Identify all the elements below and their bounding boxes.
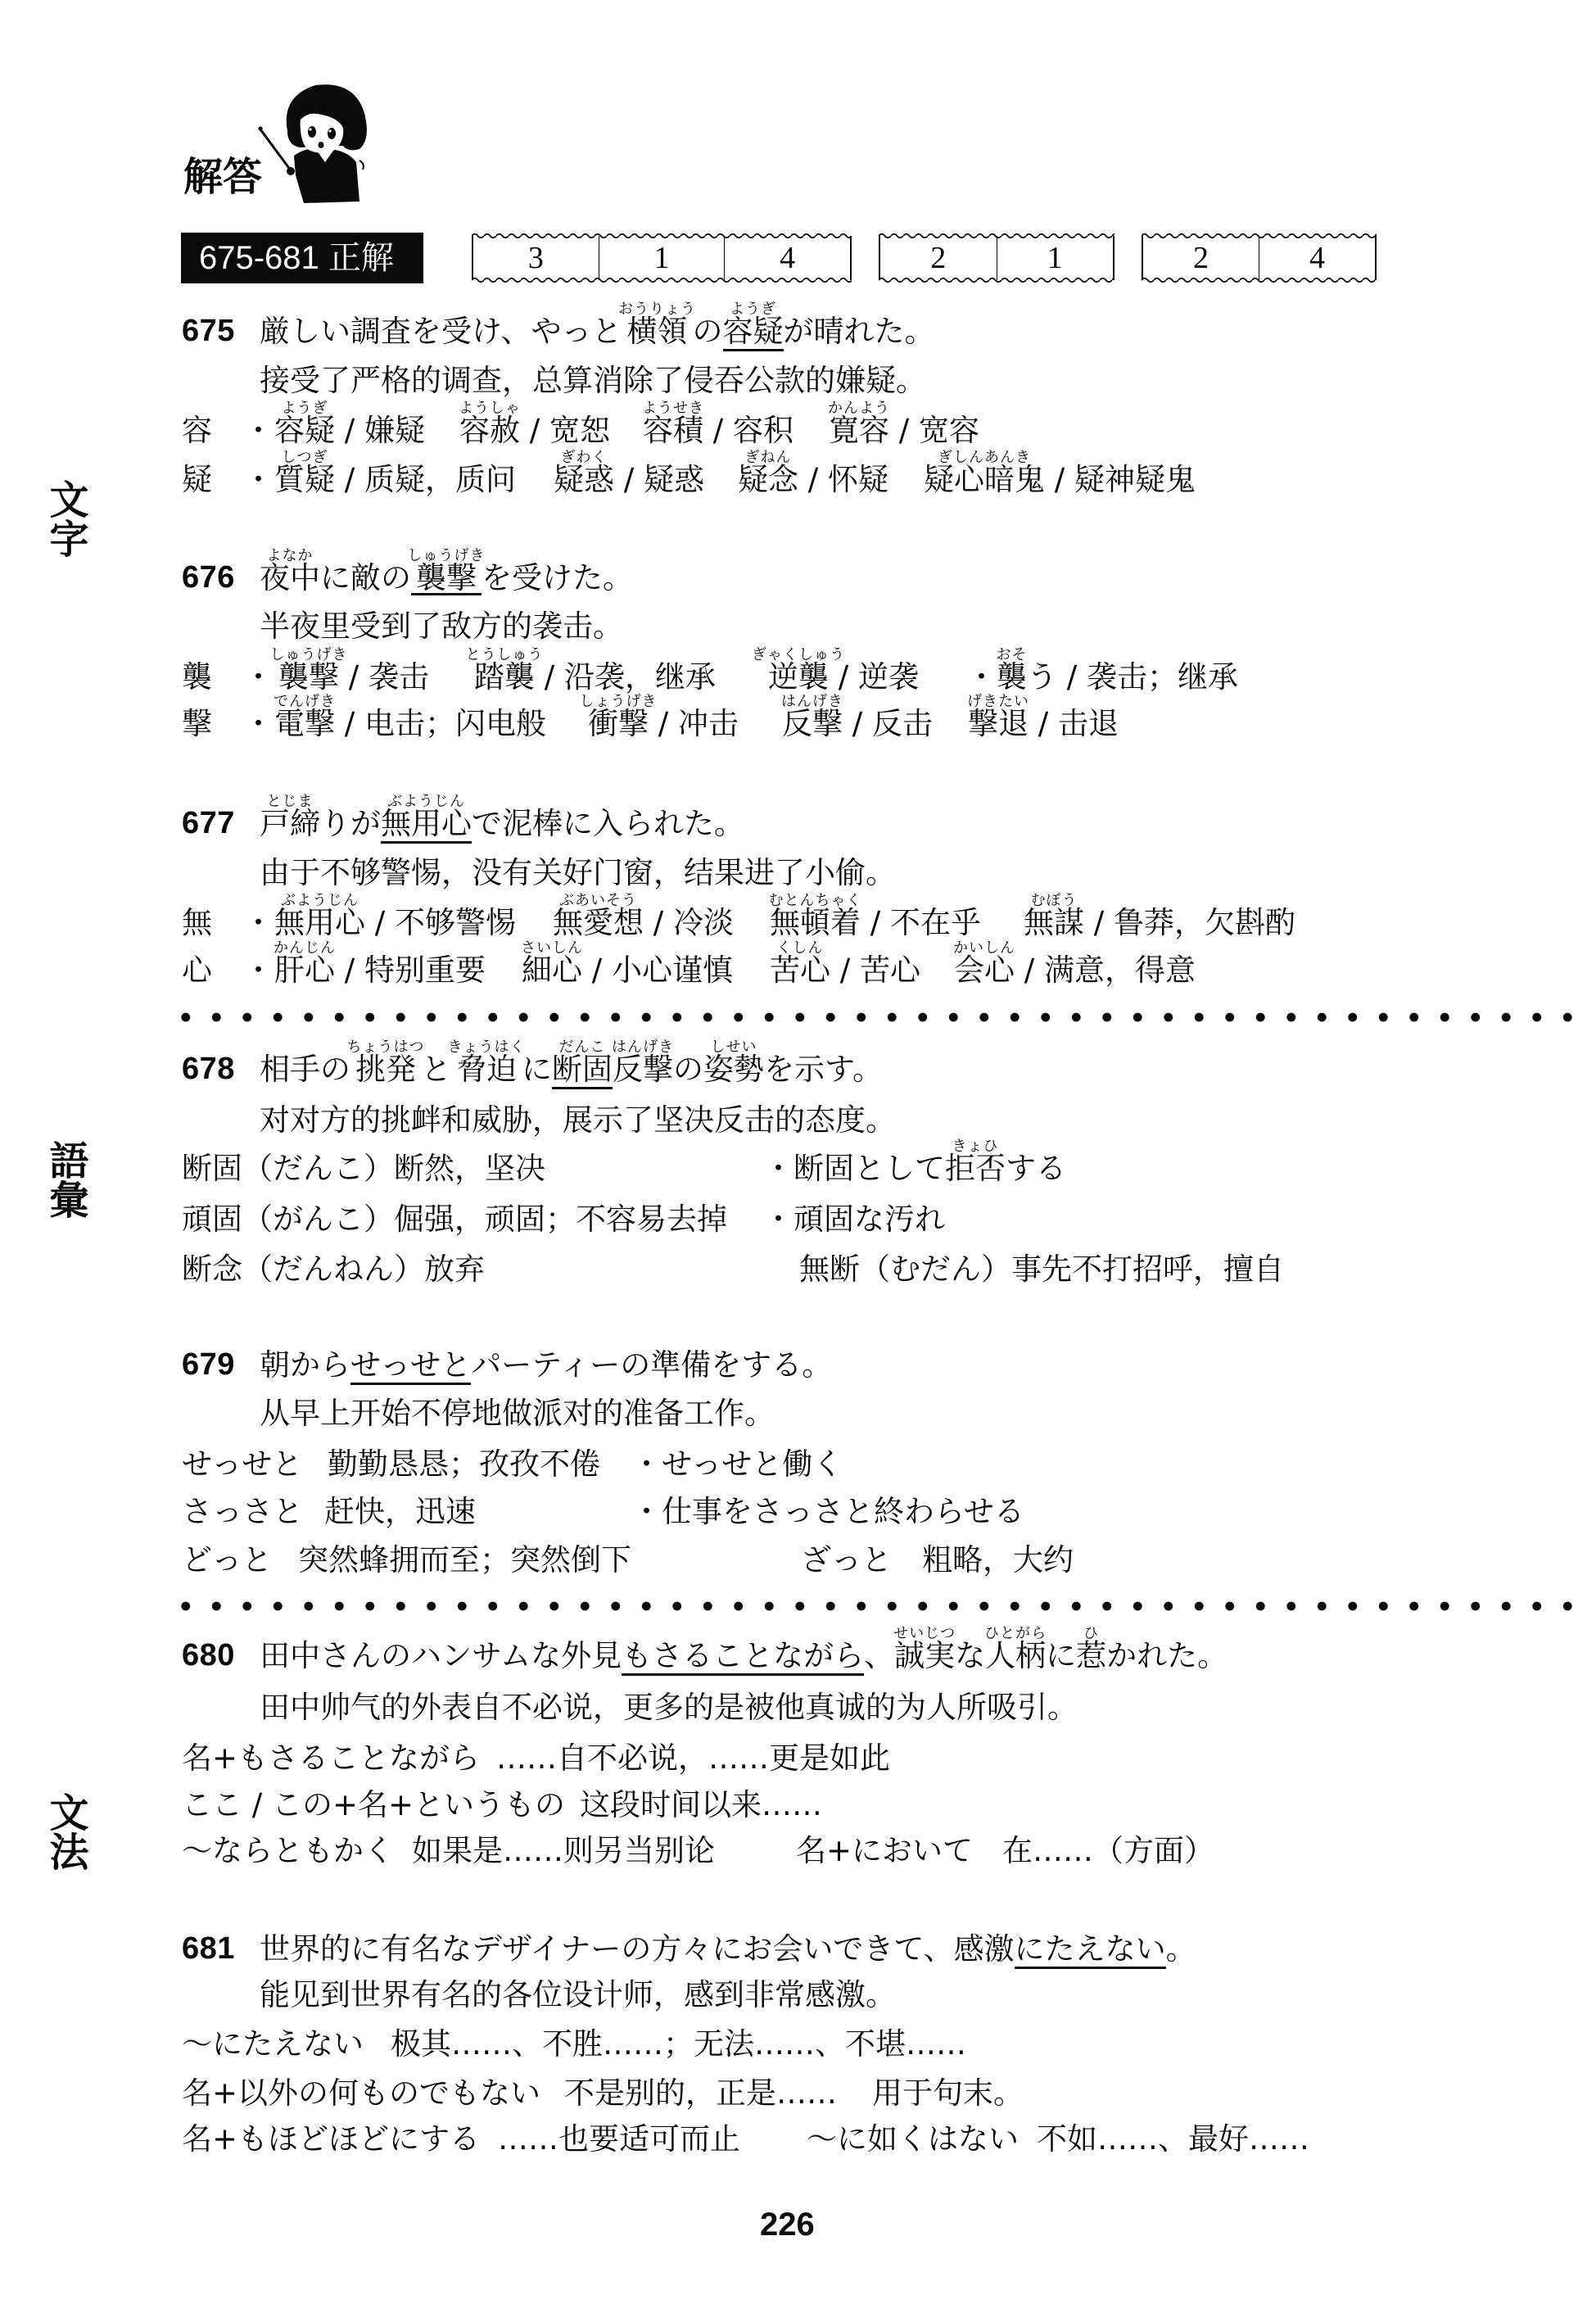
wavy-border-bottom <box>879 276 1114 284</box>
translation: 接受了严格的调查，总算消除了侵吞公款的嫌疑。 <box>260 365 926 396</box>
ruby-base: 疑惑 <box>554 462 614 497</box>
ruby-word: 脅迫きょうはく <box>451 1054 522 1084</box>
vocab-item: 肝心かんじん / 特别重要 <box>274 955 486 985</box>
ruby-word: 無用心ぶようじん <box>274 908 365 938</box>
gloss: / 沿袭，继承 <box>535 659 716 695</box>
ruby-base: 誠実 <box>894 1638 955 1673</box>
sentence-text: と <box>421 1052 451 1087</box>
gloss: / 满意，得意 <box>1015 953 1196 988</box>
grammar-meaning: ……也要适可而止 <box>498 2124 740 2154</box>
vocab-meaning: 事先不打招呼，擅自 <box>1011 1252 1284 1287</box>
example-text: せっせと働く <box>662 1446 843 1482</box>
sentence-text: 世界的に有名なデザイナーの方々にお会いできて、感激 <box>260 1931 1015 1967</box>
vocab-term: 無断（むだん） <box>799 1252 1011 1287</box>
translation: 半夜里受到了敌方的袭击。 <box>260 611 623 641</box>
bullet: ・ <box>243 662 274 692</box>
grammar-meaning: 如果是……则另当别论 <box>412 1835 715 1866</box>
ruby-word: 苦心くしん <box>770 955 830 985</box>
kanji-row: 無 ・ 無用心ぶようじん / 不够警惕 無愛想ぶあいそう / 冷淡 無頓着むとん… <box>0 908 1596 938</box>
vocab-item: 反撃はんげき / 反击 <box>782 708 933 739</box>
ruby-word: 疑念ぎねん <box>738 464 798 495</box>
grammar-row: ここ / この+名+というもの 这段时间以来…… <box>0 1790 1596 1820</box>
answer-page: 解答 675-681 正解 3 1 4 2 1 <box>0 0 1596 2322</box>
grammar-pattern: 名+において <box>796 1835 973 1866</box>
ruby-base: 無用心 <box>274 905 365 940</box>
vocab-item: 寛容かんよう / 宽容 <box>829 415 979 446</box>
grammar-pattern: 名+以外の何ものでもない <box>182 2078 540 2108</box>
ruby-word: 夜中よなか <box>260 563 320 593</box>
ruby-base: 戸締 <box>260 806 320 841</box>
question-number: 679 <box>182 1350 235 1380</box>
vocab-item: 無謀むぼう / 鲁莽，欠斟酌 <box>1024 908 1295 938</box>
furigana: はんげき <box>781 695 843 709</box>
furigana: むとんちゃく <box>769 894 862 908</box>
vocab-term: 断念（だんねん） <box>182 1252 424 1287</box>
grammar-row: 名+もさることながら ……自不必说，……更是如此 <box>0 1743 1596 1773</box>
vocab-item: 逆襲ぎゃくしゅう / 逆袭 <box>768 662 919 692</box>
ruby-base: 姿勢 <box>703 1052 764 1087</box>
kanji-label: 撃 <box>182 708 212 739</box>
answer-group-3: 2 4 <box>1142 232 1377 284</box>
ruby-base: 撃退 <box>968 706 1029 741</box>
vocab-term: どっと <box>182 1545 272 1575</box>
ruby-base: 無謀 <box>1024 905 1084 940</box>
furigana: だんこ <box>559 1040 606 1055</box>
gloss: / 小心谨慎 <box>582 953 733 988</box>
ruby-base: 断固 <box>552 1052 613 1087</box>
ruby-base: 人柄 <box>985 1638 1046 1673</box>
vocab-row: さっさと 赶快，迅速 ・仕事をさっさと終わらせる <box>0 1496 1596 1527</box>
furigana: ぶようじん <box>387 794 465 809</box>
sentence-text: パーティーの準備をする。 <box>471 1347 832 1383</box>
answer-cell: 2 <box>880 236 997 280</box>
target-word-underlined: にたえない <box>1015 1934 1166 1969</box>
vocab-row: 断固（だんこ）断然，坚决 ・断固として拒否きょひする <box>0 1153 1596 1184</box>
ruby-word: 挑発ちょうはつ <box>350 1054 421 1084</box>
gloss: / 质疑，质问 <box>335 462 516 497</box>
translation: 对对方的挑衅和威胁，展示了坚决反击的态度。 <box>260 1105 896 1135</box>
ruby-base: 反撃 <box>613 1052 673 1087</box>
answer-cell: 1 <box>599 236 725 280</box>
furigana: ようしゃ <box>459 401 521 416</box>
kanji-label: 襲 <box>182 662 212 692</box>
vocab-item: 質疑しつぎ / 质疑，质问 <box>274 464 516 495</box>
answer-group-2: 2 1 <box>879 232 1114 284</box>
question-number: 677 <box>182 808 235 839</box>
vocab-item: 疑念ぎねん / 怀疑 <box>738 464 888 495</box>
answer-cell: 4 <box>1259 236 1375 280</box>
page-number: 226 <box>760 2207 815 2243</box>
ruby-word: 拒否きょひ <box>945 1153 1006 1184</box>
ruby-word: 襲おそ <box>997 662 1027 692</box>
furigana: しつぎ <box>282 450 328 465</box>
ruby-word: 襲撃しゅうげき <box>278 662 339 692</box>
bullet: ・ <box>243 708 274 739</box>
bullet: ・ <box>631 1446 662 1482</box>
furigana: ひ <box>1083 1627 1099 1641</box>
furigana: ひとがら <box>984 1627 1047 1641</box>
dotted-separator <box>170 1012 1583 1022</box>
vocab-meaning: 勤勤恳恳；孜孜不倦 <box>328 1449 600 1479</box>
vocab-meaning: 赶快，迅速 <box>324 1496 476 1527</box>
ruby-word: 惹ひ <box>1076 1641 1106 1671</box>
ruby-base: 容疑 <box>723 314 784 349</box>
bullet: ・ <box>631 1494 662 1529</box>
ruby-word: 細心さいしん <box>522 955 582 985</box>
question-number: 680 <box>182 1641 235 1671</box>
vocab-item: 衝撃しょうげき / 冲击 <box>588 708 739 739</box>
grammar-meaning: 这段时间以来…… <box>580 1790 822 1820</box>
vocab-entry: 断念（だんねん）放弃 <box>182 1254 485 1284</box>
vocab-item: 会心かいしん / 满意，得意 <box>954 955 1196 985</box>
bullet: ・ <box>763 1202 793 1237</box>
kanji-row: 心 ・ 肝心かんじん / 特别重要 細心さいしん / 小心谨慎 苦心くしん / … <box>0 955 1596 985</box>
ruby-word: 疑惑ぎわく <box>554 464 614 495</box>
gloss: / 不够警惕 <box>365 905 516 940</box>
example-text: する <box>1006 1151 1066 1186</box>
gloss: / 疑惑 <box>614 462 704 497</box>
furigana: むぼう <box>1031 894 1078 908</box>
answer-cell: 2 <box>1143 236 1259 280</box>
ruby-base: 苦心 <box>770 953 830 988</box>
answer-cell: 1 <box>997 236 1114 280</box>
furigana: よなか <box>267 549 314 564</box>
furigana: とうしゅう <box>466 648 544 663</box>
vocab-item: 細心さいしん / 小心谨慎 <box>522 955 733 985</box>
question-number: 676 <box>182 563 235 593</box>
sentence-text: に <box>1046 1638 1076 1673</box>
ruby-word: 誠実せいじつ <box>894 1641 955 1671</box>
vocab-term: 断固（だんこ） <box>182 1151 394 1186</box>
ruby-base: 襲撃 <box>278 659 339 695</box>
gloss: / 冲击 <box>649 706 739 741</box>
wavy-border-bottom <box>472 276 852 284</box>
ruby-base: 踏襲 <box>474 659 535 695</box>
sentence-text: 厳しい調査を受け、やっと <box>260 314 622 349</box>
grammar-note: 用于句末。 <box>872 2078 1024 2108</box>
vocab-item: 襲撃しゅうげき / 袭击 <box>278 662 429 692</box>
vocab-item: 無頓着むとんちゃく / 不在乎 <box>770 908 981 938</box>
grammar-pattern: ～ならともかく <box>182 1835 394 1866</box>
translation: 由于不够警惕，没有关好门窗，结果进了小偷。 <box>260 858 896 888</box>
grammar-pattern: 名+もさることながら <box>182 1743 480 1773</box>
question-number: 678 <box>182 1054 235 1084</box>
furigana: ぎねん <box>745 450 792 465</box>
ruby-base: 夜中 <box>260 560 320 595</box>
usage-example: ・仕事をさっさと終わらせる <box>631 1496 1024 1527</box>
sentence-text: を受けた。 <box>482 560 633 595</box>
furigana: ようせき <box>642 401 704 416</box>
ruby-word: 姿勢しせい <box>703 1054 764 1084</box>
gloss: う / 袭击；继承 <box>1027 659 1238 695</box>
furigana: きょうはく <box>448 1040 526 1055</box>
furigana: ぶあいそう <box>559 894 637 908</box>
sentence-text: に敵の <box>320 560 411 595</box>
furigana: ぎしんあんき <box>938 450 1031 465</box>
furigana: ぎわく <box>561 450 608 465</box>
furigana: さいしん <box>521 941 583 956</box>
gloss: / 疑神疑鬼 <box>1045 462 1196 497</box>
gloss: / 宽恕 <box>520 413 610 448</box>
gloss: / 电击；闪电般 <box>335 706 546 741</box>
grammar-pattern: 名+もほどほどにする <box>182 2124 480 2154</box>
ruby-word: 逆襲ぎゃくしゅう <box>768 662 829 692</box>
example-sentence: 田中さんのハンサムな外見もさることながら、誠実せいじつな人柄ひとがらに惹ひかれた… <box>260 1641 1228 1676</box>
ruby-base: 襲 <box>997 659 1027 695</box>
furigana: げきたい <box>967 695 1029 709</box>
gloss: / 冷淡 <box>644 905 734 940</box>
target-word-underlined: もさることながら <box>622 1641 864 1676</box>
vocab-meaning: 倔强，顽固；不容易去掉 <box>394 1202 727 1237</box>
ruby-word: 反撃はんげき <box>613 1054 673 1084</box>
ruby-base: 反撃 <box>782 706 843 741</box>
ruby-base: 拒否 <box>945 1151 1006 1186</box>
answer-cell: 4 <box>724 236 850 280</box>
vocab-row: 断念（だんねん）放弃 無断（むだん）事先不打招呼，擅自 <box>0 1254 1596 1284</box>
ruby-word: 容赦ようしゃ <box>459 415 520 446</box>
vocab-term: ざっと <box>801 1545 892 1575</box>
bullet: ・ <box>243 464 274 495</box>
vocab-item: 容積ようせき / 容积 <box>643 415 793 446</box>
furigana: ぎゃくしゅう <box>752 648 845 663</box>
grammar-row: ～ならともかく 如果是……则另当别论 名+において 在……（方面） <box>0 1835 1596 1866</box>
ruby-base: 惹 <box>1076 1638 1106 1673</box>
gloss: / 反击 <box>843 706 933 741</box>
vocab-item: 踏襲とうしゅう / 沿袭，继承 <box>474 662 716 692</box>
vocab-entry: 頑固（がんこ）倔强，顽固；不容易去掉 <box>182 1204 727 1234</box>
furigana: おうりょう <box>618 302 696 317</box>
sentence-text: の <box>673 1052 703 1087</box>
wavy-border-bottom <box>1142 276 1377 284</box>
vocab-item: 容疑ようぎ / 嫌疑 <box>274 415 425 446</box>
sentence-text: かれた。 <box>1106 1638 1228 1673</box>
example-sentence: 夜中よなかに敵の襲撃しゅうげきを受けた。 <box>260 563 633 595</box>
sentence-text: 。 <box>1166 1931 1196 1967</box>
ruby-word: 戸締とじま <box>260 808 320 839</box>
gloss: / 怀疑 <box>798 462 888 497</box>
sentence-text: 田中さんのハンサムな外見 <box>260 1638 622 1673</box>
example-sentence: 厳しい調査を受け、やっと横領おうりょうの容疑ようぎが晴れた。 <box>260 316 935 351</box>
furigana: ぶようじん <box>281 894 359 908</box>
section-title: 解答 <box>183 154 262 200</box>
furigana: ちょうはつ <box>347 1040 425 1055</box>
example-sentence: 朝からせっせとパーティーの準備をする。 <box>260 1350 832 1385</box>
ruby-base: 容赦 <box>459 413 520 448</box>
sentence-text: りが <box>320 806 381 841</box>
ruby-word: 無謀むぼう <box>1024 908 1084 938</box>
vocab-row: どっと 突然蜂拥而至；突然倒下 ざっと 粗略，大约 <box>0 1545 1596 1575</box>
furigana: はんげき <box>612 1040 674 1055</box>
furigana: くしん <box>777 941 824 956</box>
example-sentence: 戸締とじまりが無用心ぶようじんで泥棒に入られた。 <box>260 808 744 844</box>
ruby-word: 質疑しつぎ <box>274 464 335 495</box>
furigana: かいしん <box>953 941 1015 956</box>
sentence-text: 、 <box>864 1638 894 1673</box>
ruby-base: 無用心 <box>381 806 472 841</box>
teacher-girl-illustration <box>258 80 373 205</box>
ruby-base: 容積 <box>643 413 703 448</box>
example-text: 断固として <box>793 1151 945 1186</box>
ruby-word: 横領おうりょう <box>622 316 693 346</box>
gloss: / 苦心 <box>830 953 920 988</box>
translation: 田中帅气的外表自不必说，更多的是被他真诚的为人所吸引。 <box>260 1692 1078 1722</box>
target-word-underlined: 容疑ようぎ <box>723 316 784 351</box>
vocab-item: 無愛想ぶあいそう / 冷淡 <box>553 908 734 938</box>
furigana: とじま <box>267 794 314 809</box>
ruby-base: 容疑 <box>274 413 335 448</box>
ruby-word: 電撃でんげき <box>274 708 335 739</box>
vocab-meaning: 放弃 <box>424 1252 485 1287</box>
gloss: / 不在乎 <box>861 905 981 940</box>
grammar-row: 名+もほどほどにする ……也要适可而止 ～に如くはない 不如……、最好…… <box>0 2124 1596 2154</box>
furigana: きょひ <box>952 1139 999 1154</box>
grammar-meaning: 在……（方面） <box>1002 1835 1214 1866</box>
sentence-text: で泥棒に入られた。 <box>472 806 744 841</box>
grammar-pattern: ここ / この+名+というもの <box>182 1790 565 1820</box>
ruby-base: 電撃 <box>274 706 335 741</box>
target-word-underlined: 襲撃しゅうげき <box>411 563 482 595</box>
kanji-row: 容 ・ 容疑ようぎ / 嫌疑 容赦ようしゃ / 宽恕 容積ようせき / 容积 寛… <box>0 415 1596 446</box>
furigana: ようぎ <box>730 302 776 317</box>
gloss: / 击退 <box>1029 706 1119 741</box>
furigana: しょうげき <box>580 695 658 709</box>
usage-example: ・せっせと働く <box>631 1449 843 1479</box>
vocab-item: 電撃でんげき / 电击；闪电般 <box>274 708 546 739</box>
grammar-meaning: ……自不必说，……更是如此 <box>496 1743 890 1773</box>
ruby-word: 無頓着むとんちゃく <box>770 908 861 938</box>
answer-cell: 3 <box>473 236 599 280</box>
vocab-entry: 断固（だんこ）断然，坚决 <box>182 1153 545 1184</box>
furigana: かんよう <box>828 401 890 416</box>
bullet: ・ <box>243 908 274 938</box>
vocab-term: 頑固（がんこ） <box>182 1202 394 1237</box>
ruby-word: 踏襲とうしゅう <box>474 662 535 692</box>
sentence-text: の <box>693 314 723 349</box>
grammar-meaning: 不如……、最好…… <box>1037 2124 1309 2154</box>
gloss: / 袭击 <box>339 659 429 695</box>
furigana: ようぎ <box>282 401 328 416</box>
translation: 能见到世界有名的各位设计师，感到非常感激。 <box>260 1980 896 2010</box>
ruby-word: 反撃はんげき <box>782 708 843 739</box>
translation: 从早上开始不停地做派对的准备工作。 <box>260 1398 775 1428</box>
sentence-text: を示す。 <box>764 1052 883 1087</box>
ruby-base: 疑心暗鬼 <box>924 462 1045 497</box>
ruby-base: 衝撃 <box>588 706 649 741</box>
ruby-base: 挑発 <box>355 1052 416 1087</box>
ruby-word: 容疑ようぎ <box>274 415 335 446</box>
kanji-label: 無 <box>182 908 212 938</box>
example-sentence: 世界的に有名なデザイナーの方々にお会いできて、感激にたえない。 <box>260 1934 1196 1969</box>
furigana: しゅうげき <box>408 549 486 564</box>
furigana: でんげき <box>274 695 336 709</box>
answer-range-label: 675-681 正解 <box>181 233 423 283</box>
bullet: ・ <box>763 1151 793 1186</box>
grammar-pattern: ～に如くはない <box>807 2124 1019 2154</box>
ruby-word: 寛容かんよう <box>829 415 889 446</box>
ruby-base: 無愛想 <box>553 905 644 940</box>
bullet: ・ <box>243 415 274 446</box>
furigana: かんじん <box>274 941 336 956</box>
sentence-text: 相手の <box>260 1052 350 1087</box>
usage-example: ・頑固な汚れ <box>763 1204 945 1234</box>
ruby-word: 疑心暗鬼ぎしんあんき <box>924 464 1045 495</box>
sentence-text: が晴れた。 <box>784 314 935 349</box>
ruby-word: 撃退げきたい <box>968 708 1029 739</box>
kanji-label: 疑 <box>182 464 212 495</box>
ruby-base: 質疑 <box>274 462 335 497</box>
kanji-label: 容 <box>182 415 212 446</box>
kanji-label: 心 <box>182 955 212 985</box>
gloss: / 容积 <box>703 413 793 448</box>
kanji-row: 襲 ・ 襲撃しゅうげき / 袭击 踏襲とうしゅう / 沿袭，继承 逆襲ぎゃくしゅ… <box>0 662 1596 692</box>
vocab-term: さっさと <box>182 1496 303 1527</box>
example-text: 仕事をさっさと終わらせる <box>662 1494 1024 1529</box>
answer-cells: 3 1 4 <box>472 236 852 280</box>
dotted-separator <box>170 1601 1583 1611</box>
ruby-word: 人柄ひとがら <box>985 1641 1046 1671</box>
question-number: 681 <box>182 1934 235 1964</box>
furigana: おそ <box>997 648 1028 663</box>
ruby-word: 衝撃しょうげき <box>588 708 649 739</box>
ruby-base: 逆襲 <box>768 659 829 695</box>
ruby-word: 容積ようせき <box>643 415 703 446</box>
vocab-row: 頑固（がんこ）倔强，顽固；不容易去掉 ・頑固な汚れ <box>0 1204 1596 1234</box>
ruby-word: 無愛想ぶあいそう <box>553 908 644 938</box>
ruby-base: 細心 <box>522 953 582 988</box>
bullet: ・ <box>243 955 274 985</box>
vocab-item: 苦心くしん / 苦心 <box>770 955 920 985</box>
ruby-base: 横領 <box>627 314 688 349</box>
grammar-meaning: 不是别的，正是…… <box>564 2078 837 2108</box>
gloss: / 嫌疑 <box>335 413 425 448</box>
answer-group-1: 3 1 4 <box>472 232 852 284</box>
gloss: / 宽容 <box>889 413 979 448</box>
furigana: しせい <box>711 1040 757 1055</box>
answer-cells: 2 4 <box>1142 236 1377 280</box>
vocab-meaning: 突然蜂拥而至；突然倒下 <box>298 1545 631 1575</box>
sentence-text: な <box>955 1638 985 1673</box>
vocab-meaning: 断然，坚决 <box>394 1151 545 1186</box>
ruby-base: 無頓着 <box>770 905 861 940</box>
ruby-base: 脅迫 <box>456 1052 517 1087</box>
vocab-meaning: 粗略，大约 <box>922 1545 1074 1575</box>
ruby-base: 寛容 <box>829 413 889 448</box>
vocab-item: 無用心ぶようじん / 不够警惕 <box>274 908 516 938</box>
grammar-row: ～にたえない 极其……、不胜……；无法……、不堪…… <box>0 2029 1596 2059</box>
vocab-entry: 無断（むだん）事先不打招呼，擅自 <box>799 1254 1284 1284</box>
kanji-row: 疑 ・ 質疑しつぎ / 质疑，质问 疑惑ぎわく / 疑惑 疑念ぎねん / 怀疑 … <box>0 464 1596 495</box>
answer-cells: 2 1 <box>879 236 1114 280</box>
gloss: / 鲁莽，欠斟酌 <box>1084 905 1295 940</box>
ruby-base: 疑念 <box>738 462 798 497</box>
vocab-item: 容赦ようしゃ / 宽恕 <box>459 415 610 446</box>
example-text: 頑固な汚れ <box>793 1202 945 1237</box>
furigana: しゅうげき <box>270 648 348 663</box>
example-sentence: 相手の挑発ちょうはつと脅迫きょうはくに断固だんこ反撃はんげきの姿勢しせいを示す。 <box>260 1054 883 1089</box>
furigana: せいじつ <box>893 1627 956 1641</box>
gloss: / 特别重要 <box>335 953 486 988</box>
sentence-text: に <box>522 1052 552 1087</box>
vocab-item: 撃退げきたい / 击退 <box>968 708 1119 739</box>
vocab-item: ・襲おそう / 袭击；继承 <box>966 662 1238 692</box>
grammar-row: 名+以外の何ものでもない 不是别的，正是…… 用于句末。 <box>0 2078 1596 2108</box>
target-word-underlined: 断固だんこ <box>552 1054 613 1089</box>
usage-example: ・断固として拒否きょひする <box>763 1153 1066 1184</box>
ruby-word: 会心かいしん <box>954 955 1015 985</box>
bullet: ・ <box>966 659 997 695</box>
target-word-underlined: せっせと <box>350 1350 471 1385</box>
ruby-base: 襲撃 <box>416 560 477 595</box>
